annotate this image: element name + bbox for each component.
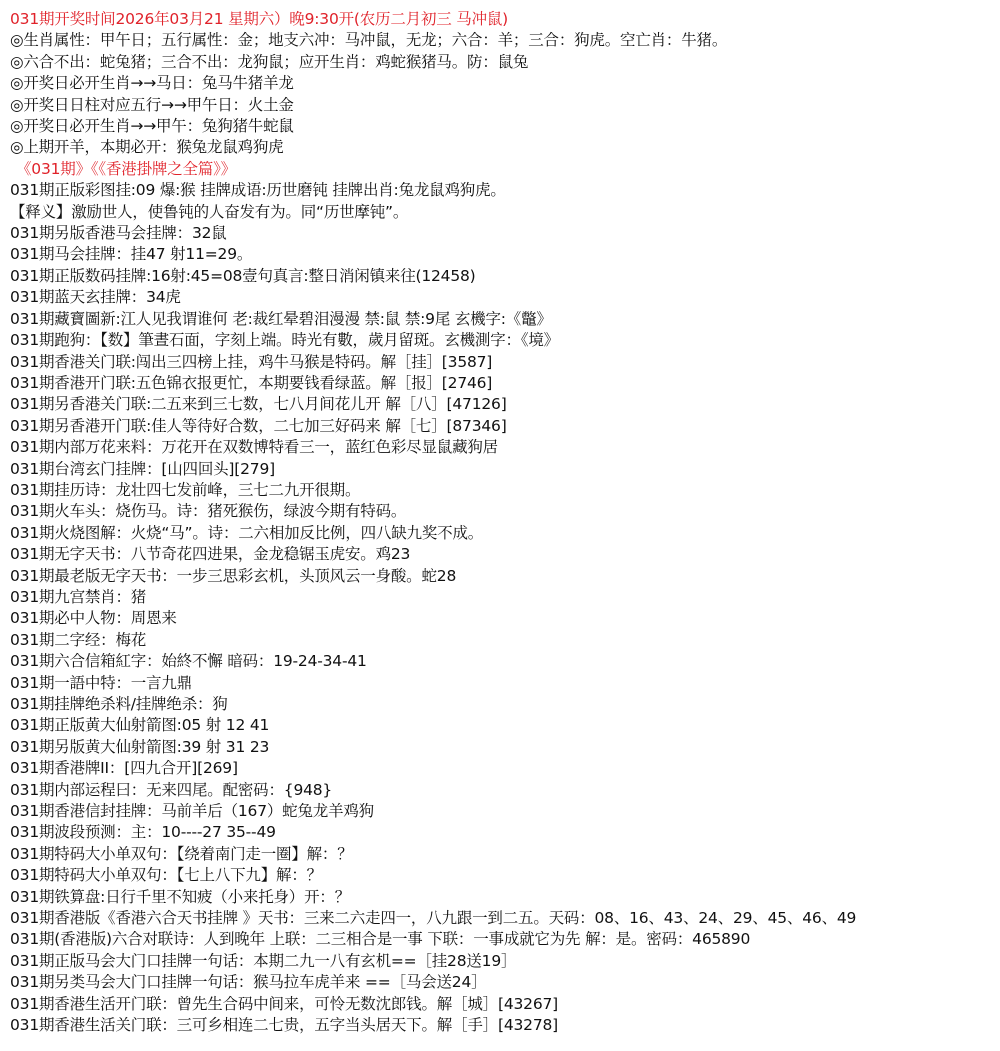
content-line: 031期必中人物：周恩来	[10, 608, 1000, 629]
content-line: 031期另版黄大仙射箭图:39 射 31 23	[10, 737, 1000, 758]
content-line: 031期一語中特：一言九鼎	[10, 673, 1000, 694]
content-line: 031期正版黄大仙射箭图:05 射 12 41	[10, 715, 1000, 736]
must-open-horse-day-line: ◎开奖日必开生肖→→马日：兔马牛猪羊龙	[10, 73, 1000, 94]
content-line: 031期最老版无字天书：一步三思彩玄机，头顶风云一身酸。蛇28	[10, 566, 1000, 587]
content-line: 031期香港生活关门联：三可乡相连二七贵，五字当头居天下。解［手］[43278]	[10, 1015, 1000, 1036]
content-line: 031期跑狗：【数】筆晝石面，字刻上端。時光有數，歲月留斑。玄機測字：《境》	[10, 330, 1000, 351]
content-line: 031期九宫禁肖：猪	[10, 587, 1000, 608]
content-line: 031期内部运程曰：无来四尾。配密码：{948}	[10, 780, 1000, 801]
content-line: 031期波段预测：主：10----27 35--49	[10, 822, 1000, 843]
draw-time-heading: 031期开奖时间2026年03月21 星期六）晚9:30开(农历二月初三 马冲鼠…	[10, 9, 1000, 30]
liuhe-excluded-line: ◎六合不出：蛇兔猪；三合不出：龙狗鼠；应开生肖：鸡蛇猴猪马。防：鼠兔	[10, 52, 1000, 73]
content-line: 031期特码大小单双句：【绕着南门走一圈】解：？	[10, 844, 1000, 865]
zodiac-attributes-line: ◎生肖属性：甲午日；五行属性：金；地支六冲：马冲鼠，无龙；六合：羊；三合：狗虎。…	[10, 30, 1000, 51]
content-line: 031期正版马会大门口挂牌一句话：本期二九一八有玄机==［挂28送19］	[10, 951, 1000, 972]
content-line: 031期另香港开门联:佳人等待好合数，二七加三好码来 解［七］[87346]	[10, 416, 1000, 437]
content-line: 031期香港开门联:五色锦衣报更忙，本期要钱看绿蓝。解［报］[2746]	[10, 373, 1000, 394]
content-line: 031期台湾玄门挂牌：[山四回头][279]	[10, 459, 1000, 480]
content-line: 031期香港关门联:闯出三四榜上挂，鸡牛马猴是特码。解［挂］[3587]	[10, 352, 1000, 373]
content-line: 031期藏寶圖新:江人见我谓谁何 老:裁红晕碧泪漫漫 禁:鼠 禁:9尾 玄機字:…	[10, 309, 1000, 330]
content-line: 031期另香港关门联:二五来到三七数，七八月间花儿开 解［八］[47126]	[10, 394, 1000, 415]
content-line: 031期六合信箱紅字：始終不懈 暗码：19-24-34-41	[10, 651, 1000, 672]
day-pillar-element-line: ◎开奖日日柱对应五行→→甲午日：火土金	[10, 95, 1000, 116]
content-line: 031期马会挂牌：挂47 射11=29。	[10, 244, 1000, 265]
content-line: 031期蓝天玄挂牌：34虎	[10, 287, 1000, 308]
content-line: 031期挂牌绝杀料/挂牌绝杀：狗	[10, 694, 1000, 715]
previous-draw-line: ◎上期开羊，本期必开：猴兔龙鼠鸡狗虎	[10, 137, 1000, 158]
must-open-jiawu-line: ◎开奖日必开生肖→→甲午：兔狗猪牛蛇鼠	[10, 116, 1000, 137]
content-line: 031期香港生活开门联：曾先生合码中间来，可怜无数沈郎钱。解［城］[43267]	[10, 994, 1000, 1015]
content-line: 031期火车头：烧伤马。诗：猪死猴伤，绿波今期有特码。	[10, 501, 1000, 522]
content-line: 031期特码大小单双句：【七上八下九】解：？	[10, 865, 1000, 886]
content-line: 031期香港信封挂牌：马前羊后（167）蛇兔龙羊鸡狗	[10, 801, 1000, 822]
content-line: 031期另版香港马会挂牌：32鼠	[10, 223, 1000, 244]
content-line: 031期香港牌II：[四九合开][269]	[10, 758, 1000, 779]
content-line: 031期内部万花来料：万花开在双数博特看三一，蓝红色彩尽显鼠藏狗居	[10, 437, 1000, 458]
content-line: 【释义】激励世人，使鲁钝的人奋发有为。同“历世摩钝”。	[10, 202, 1000, 223]
content-line: 031期(香港版)六合对联诗：人到晚年 上联：二三相合是一事 下联：一事成就它为…	[10, 929, 1000, 950]
content-line: 031期二字经：梅花	[10, 630, 1000, 651]
content-line: 031期无字天书：八节奇花四进果，金龙稳锯玉虎安。鸡23	[10, 544, 1000, 565]
section-title: 《031期》《《香港掛牌之全篇》》	[10, 159, 1000, 180]
content-line: 031期正版彩图挂:09 爆:猴 挂牌成语:历世磨钝 挂牌出肖:兔龙鼠鸡狗虎。	[10, 180, 1000, 201]
lottery-forecast-document: 031期开奖时间2026年03月21 星期六）晚9:30开(农历二月初三 马冲鼠…	[10, 9, 1000, 1037]
content-line: 031期铁算盘:日行千里不知疲（小来托身）开：？	[10, 887, 1000, 908]
content-line: 031期另类马会大门口挂牌一句话：猴马拉车虎羊来 ==［马会送24］	[10, 972, 1000, 993]
content-line: 031期挂历诗：龙壮四七发前峰，三七二九开很期。	[10, 480, 1000, 501]
content-line: 031期香港版《香港六合天书挂牌 》天书：三来二六走四一，八九跟一到二五。天码：…	[10, 908, 1000, 929]
content-line: 031期火烧图解：火烧“马”。诗：二六相加反比例，四八缺九奖不成。	[10, 523, 1000, 544]
content-line: 031期正版数码挂牌:16射:45=08壹句真言:整日消闲镇来往(12458)	[10, 266, 1000, 287]
